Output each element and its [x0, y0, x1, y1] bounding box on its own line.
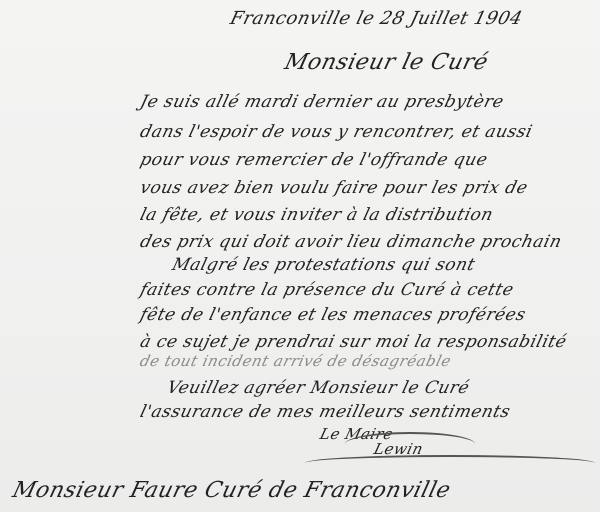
body-line-1: Je suis allé mardi dernier au presbytère [138, 92, 506, 112]
body-line-7: Malgré les protestations qui sont [170, 255, 477, 275]
signature-underline [305, 455, 595, 471]
signature-flourish [345, 432, 475, 456]
body-line-5: la fête, et vous inviter à la distributi… [138, 205, 495, 225]
body-line-11: de tout incident arrivé de désagréable [138, 352, 453, 370]
recipient-address: Monsieur Faure Curé de Franconville [10, 478, 453, 503]
closing-line-2: l'assurance de mes meilleurs sentiments [138, 402, 512, 422]
body-line-2: dans l'espoir de vous y rencontrer, et a… [138, 122, 535, 142]
handwritten-letter-page: Franconville le 28 Juillet 1904 Monsieur… [0, 0, 600, 512]
salutation: Monsieur le Curé [282, 50, 491, 75]
closing-line-1: Veuillez agréer Monsieur le Curé [165, 378, 472, 398]
dateline: Franconville le 28 Juillet 1904 [228, 8, 525, 29]
body-line-10: à ce sujet je prendrai sur moi la respon… [138, 332, 569, 352]
body-line-8: faites contre la présence du Curé à cett… [138, 280, 516, 300]
body-line-6: des prix qui doit avoir lieu dimanche pr… [138, 232, 564, 252]
body-line-4: vous avez bien voulu faire pour les prix… [138, 178, 530, 198]
body-line-3: pour vous remercier de l'offrande que [138, 150, 490, 170]
body-line-9: fête de l'enfance et les menaces proféré… [138, 305, 528, 325]
